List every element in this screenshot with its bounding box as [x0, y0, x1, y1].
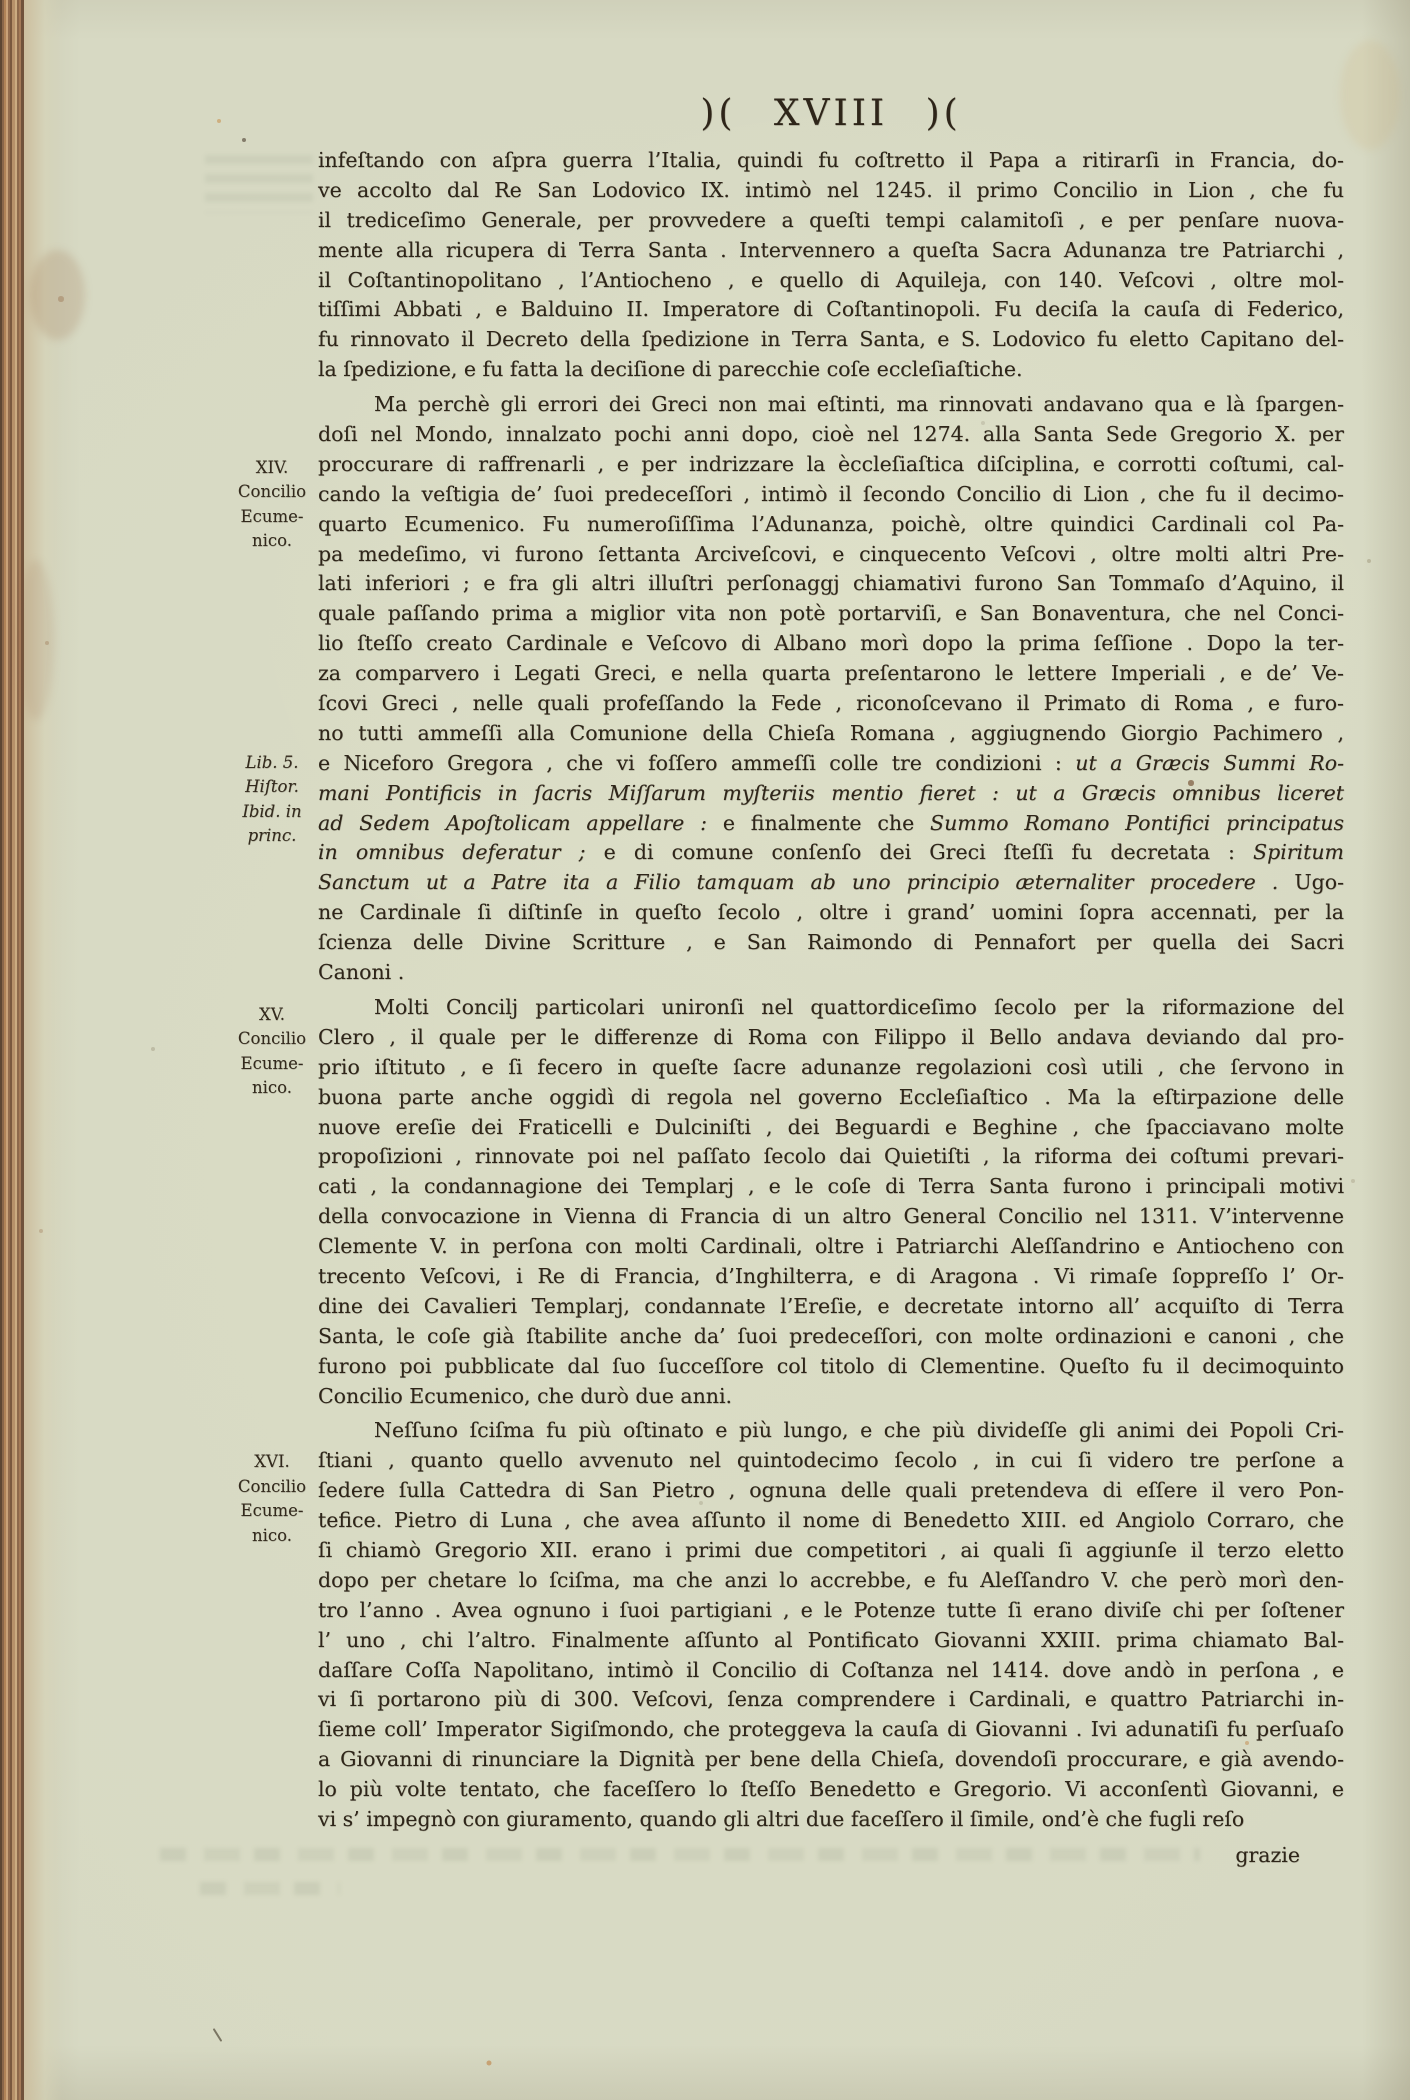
- paragraph: Ma perchè gli errori dei Greci non mai e…: [318, 390, 1344, 988]
- text-line: tefice. Pietro di Luna , che avea aſſunt…: [318, 1506, 1344, 1536]
- text-line: cati , la condannagione dei Templarj , e…: [318, 1172, 1344, 1202]
- text-line: tro l’anno . Avea ognuno i ſuoi partigia…: [318, 1596, 1344, 1626]
- margin-note-line: nico.: [234, 1076, 310, 1101]
- margin-note-line: XV.: [234, 1003, 310, 1028]
- margin-note-line: XIV.: [234, 456, 310, 481]
- margin-note-line: Ibid. in: [234, 800, 310, 825]
- roman-segment: Ugo-: [1294, 870, 1344, 894]
- text-line: proccurare di raffrenarli , e per indriz…: [318, 450, 1344, 480]
- roman-segment: e finalmente che: [723, 811, 930, 835]
- text-line: lati inferiori ; e fra gli altri illuſtr…: [318, 569, 1344, 599]
- margin-note-line: Ecume-: [234, 1499, 310, 1524]
- text-line: vi s’ impegnò con giuramento, quando gli…: [318, 1805, 1344, 1835]
- margin-note: Lib. 5.Hiſtor.Ibid. inprinc.: [234, 751, 310, 849]
- text-line: vi ſi portarono più di 300. Veſcovi, ſen…: [318, 1685, 1344, 1715]
- text-line: za comparvero i Legati Greci, e nella qu…: [318, 659, 1344, 689]
- paper-stain: [18, 560, 54, 720]
- catchword: grazie: [318, 1843, 1344, 1867]
- roman-segment: e Niceforo Gregora , che vi foſſero amme…: [318, 751, 1075, 775]
- text-line: l’ uno , chi l’altro. Finalmente aſſunto…: [318, 1626, 1344, 1656]
- text-line: quarto Ecumenico. Fu numeroſiſſima l’Adu…: [318, 510, 1344, 540]
- paper-page: )( XVIII )( infeſtando con aſpra guerra …: [0, 0, 1410, 2100]
- text-line: Sanctum ut a Patre ita a Filio tamquam a…: [318, 868, 1344, 898]
- text-line: a Giovanni di rinunciare la Dignità per …: [318, 1745, 1344, 1775]
- text-line: lo più volte tentato, che faceſſero lo ſ…: [318, 1775, 1344, 1805]
- text-line: propoſizioni , rinnovate poi nel paſſato…: [318, 1142, 1344, 1172]
- text-line: quale paſſando prima a miglior vita non …: [318, 599, 1344, 629]
- text-line: ſi chiamò Gregorio XII. erano i primi du…: [318, 1536, 1344, 1566]
- latin-italic-segment: ut a Græcis Summi Ro-: [1075, 751, 1344, 775]
- book-binding-edge: [0, 0, 24, 2100]
- margin-note: XIV.ConcilioEcume-nico.: [234, 456, 310, 554]
- text-line: furono poi pubblicate dal ſuo ſucceſſore…: [318, 1352, 1344, 1382]
- book-page-scan: { "page": { "header": ")( XVIII )(", "ca…: [0, 0, 1410, 2100]
- margin-note: XVI.ConcilioEcume-nico.: [234, 1450, 310, 1548]
- paragraph: infeſtando con aſpra guerra l’Italia, qu…: [318, 146, 1344, 385]
- show-through: [200, 1882, 340, 1895]
- text-line: no tutti ammeſſi alla Comunione della Ch…: [318, 719, 1344, 749]
- text-line: infeſtando con aſpra guerra l’Italia, qu…: [318, 146, 1344, 176]
- margin-note-line: Concilio: [234, 480, 310, 505]
- text-line: Clero , il quale per le differenze di Ro…: [318, 1023, 1344, 1053]
- paper-stain: [1340, 40, 1400, 150]
- latin-italic-segment: in omnibus deferatur ;: [318, 840, 604, 864]
- text-line: dine dei Cavalieri Templarj, condannate …: [318, 1292, 1344, 1322]
- text-line: lio ſteſſo creato Cardinale e Veſcovo di…: [318, 629, 1344, 659]
- text-line: Molti Concilj particolari unironſi nel q…: [318, 993, 1344, 1023]
- text-line: la ſpedizione, e fu fatta la deciſione d…: [318, 355, 1344, 385]
- text-block: infeſtando con aſpra guerra l’Italia, qu…: [318, 146, 1344, 1835]
- text-line: e Niceforo Gregora , che vi foſſero amme…: [318, 749, 1344, 779]
- latin-italic-segment: Sanctum ut a Patre ita a Filio tamquam a…: [318, 870, 1294, 894]
- margin-note-line: Concilio: [234, 1475, 310, 1500]
- text-line: prio iſtituto , e ſi fecero in queſte ſa…: [318, 1053, 1344, 1083]
- paragraph: Molti Concilj particolari unironſi nel q…: [318, 993, 1344, 1411]
- text-line: dopo per chetare lo ſciſma, ma che anzi …: [318, 1566, 1344, 1596]
- roman-segment: e di comune conſenſo dei Greci ſteſſi fu…: [604, 840, 1253, 864]
- text-line: mente alla ricupera di Terra Santa . Int…: [318, 236, 1344, 266]
- text-line: Neſſuno ſciſma fu più oſtinato e più lun…: [318, 1416, 1344, 1446]
- margin-note-line: princ.: [234, 824, 310, 849]
- text-line: mani Pontificis in ſacris Miſſarum myſte…: [318, 779, 1344, 809]
- text-line: Concilio Ecumenico, che durò due anni.: [318, 1382, 1344, 1412]
- latin-italic-segment: Summo Romano Pontifici principatus: [930, 811, 1344, 835]
- text-line: pa medeſimo, vi furono ſettanta Arciveſc…: [318, 540, 1344, 570]
- text-line: nuove ereſie dei Fraticelli e Dulciniſti…: [318, 1113, 1344, 1143]
- text-line: Ma perchè gli errori dei Greci non mai e…: [318, 390, 1344, 420]
- margin-note-line: nico.: [234, 529, 310, 554]
- paper-stain: [30, 250, 85, 340]
- margin-note-line: Lib. 5.: [234, 751, 310, 776]
- show-through: [205, 155, 313, 213]
- margin-note-line: nico.: [234, 1524, 310, 1549]
- text-line: doſi nel Mondo, innalzato pochi anni dop…: [318, 420, 1344, 450]
- margin-note-line: Ecume-: [234, 1052, 310, 1077]
- text-line: in omnibus deferatur ; e di comune conſe…: [318, 838, 1344, 868]
- pen-mark: [213, 2028, 223, 2042]
- margin-note-line: XVI.: [234, 1450, 310, 1475]
- margin-note-line: Concilio: [234, 1027, 310, 1052]
- text-line: il trediceſimo Generale, per provvedere …: [318, 206, 1344, 236]
- latin-italic-segment: mani Pontificis in ſacris Miſſarum myſte…: [318, 781, 1344, 805]
- page-number-header: )( XVIII )(: [318, 96, 1344, 132]
- text-line: buona parte anche oggidì di regola nel g…: [318, 1083, 1344, 1113]
- text-line: Canoni .: [318, 958, 1344, 988]
- text-line: fu rinnovato il Decreto della ſpedizione…: [318, 325, 1344, 355]
- latin-italic-segment: Spiritum: [1253, 840, 1344, 864]
- text-line: della convocazione in Vienna di Francia …: [318, 1202, 1344, 1232]
- text-line: Clemente V. in perſona con molti Cardina…: [318, 1232, 1344, 1262]
- text-line: ſtiani , quanto quello avvenuto nel quin…: [318, 1446, 1344, 1476]
- ink-specks: [0, 0, 2, 2]
- text-line: ſcovi Greci , nelle quali profeſſando la…: [318, 689, 1344, 719]
- text-line: daſſare Coſſa Napolitano, intimò il Conc…: [318, 1656, 1344, 1686]
- text-line: ve accolto dal Re San Lodovico IX. intim…: [318, 176, 1344, 206]
- text-line: cando la veſtigia de’ ſuoi predeceſſori …: [318, 480, 1344, 510]
- margin-note-line: Ecume-: [234, 505, 310, 530]
- text-line: ſcienza delle Divine Scritture , e San R…: [318, 928, 1344, 958]
- text-line: trecento Veſcovi, i Re di Francia, d’Ing…: [318, 1262, 1344, 1292]
- text-line: tiſſimi Abbati , e Balduino II. Imperato…: [318, 295, 1344, 325]
- latin-italic-segment: ad Sedem Apoſtolicam appellare :: [318, 811, 723, 835]
- margin-note-line: Hiſtor.: [234, 775, 310, 800]
- text-line: Santa, le coſe già ſtabilite anche da’ ſ…: [318, 1322, 1344, 1352]
- paragraph: Neſſuno ſciſma fu più oſtinato e più lun…: [318, 1416, 1344, 1834]
- margin-note: XV.ConcilioEcume-nico.: [234, 1003, 310, 1101]
- text-line: il Coſtantinopolitano , l’Antiocheno , e…: [318, 266, 1344, 296]
- text-line: ne Cardinale ſi diſtinſe in queſto ſecol…: [318, 898, 1344, 928]
- text-line: ad Sedem Apoſtolicam appellare : e final…: [318, 809, 1344, 839]
- text-line: ſedere ſulla Cattedra di San Pietro , og…: [318, 1476, 1344, 1506]
- text-line: ſieme coll’ Imperator Sigiſmondo, che pr…: [318, 1715, 1344, 1745]
